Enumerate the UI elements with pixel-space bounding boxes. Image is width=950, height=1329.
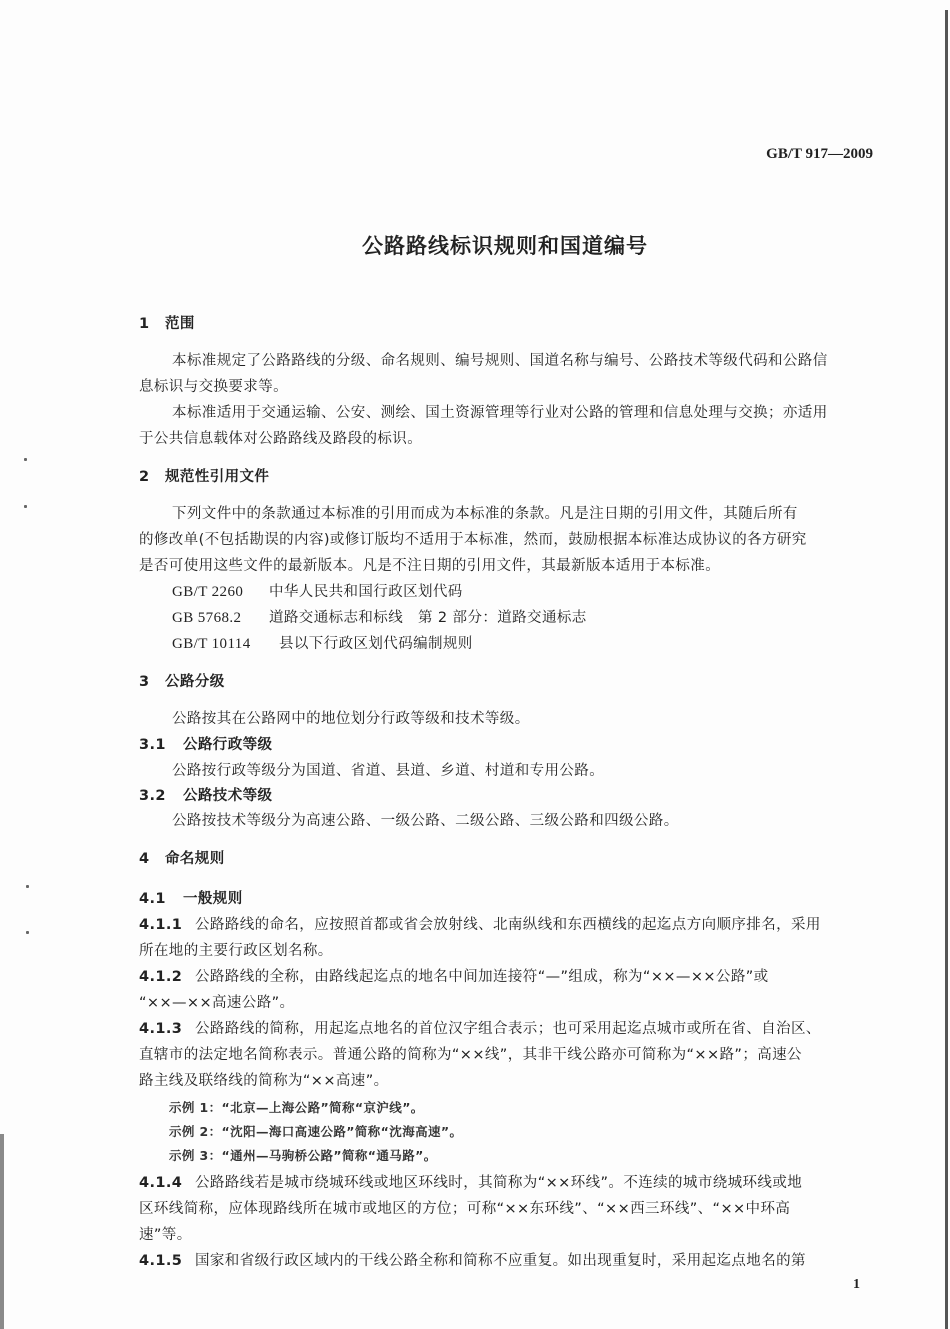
scan-artifact [24,505,27,508]
paragraph-line: 本标准规定了公路路线的分级、命名规则、编号规则、国道名称与编号、公路技术等级代码… [139,349,828,370]
example-2: 示例 2：“沈阳—海口高速公路”简称“沈海高速”。 [139,1122,462,1140]
paragraph-line: 公路按技术等级分为高速公路、一级公路、二级公路、三级公路和四级公路。 [139,809,679,830]
paragraph-line: 所在地的主要行政区划名称。 [139,939,333,960]
paragraph-line: “××—××高速公路”。 [139,991,294,1012]
reference-item: GB 5768.2道路交通标志和标线 第 2 部分：道路交通标志 [139,606,587,627]
paragraph-line: 路主线及联络线的简称为“××高速”。 [139,1069,389,1090]
subsection-3-1-heading: 3.1公路行政等级 [139,733,272,754]
paragraph-line: 区环线简称，应体现路线所在城市或地区的方位；可称“××东环线”、“××西三环线”… [139,1197,790,1218]
scan-artifact [26,885,29,888]
reference-item: GB/T 2260中华人民共和国行政区划代码 [139,580,463,601]
section-4-heading: 4命名规则 [139,847,225,868]
paragraph-line: 本标准适用于交通运输、公安、测绘、国土资源管理等行业对公路的管理和信息处理与交换… [139,401,828,422]
paragraph-line: 息标识与交换要求等。 [139,375,288,396]
section-2-heading: 2规范性引用文件 [139,465,269,486]
document-title: 公路路线标识规则和国道编号 [0,230,950,260]
page-number: 1 [853,1277,860,1293]
page-edge-line [945,10,948,1329]
scan-artifact [26,931,29,934]
clause-4-1-3: 4.1.3公路路线的简称，用起迄点地名的首位汉字组合表示；也可采用起迄点城市或所… [139,1017,821,1038]
example-1: 示例 1：“北京—上海公路”简称“京沪线”。 [139,1098,424,1116]
clause-4-1-5: 4.1.5国家和省级行政区域内的干线公路全称和简称不应重复。如出现重复时，采用起… [139,1249,806,1270]
subsection-3-2-heading: 3.2公路技术等级 [139,784,272,805]
paragraph-line: 速”等。 [139,1223,192,1244]
paragraph-line: 公路按其在公路网中的地位划分行政等级和技术等级。 [139,707,530,728]
subsection-4-1-heading: 4.1一般规则 [139,887,243,908]
clause-4-1-1: 4.1.1公路路线的命名，应按照首都或省会放射线、北南纵线和东西横线的起迄点方向… [139,913,821,934]
clause-4-1-2: 4.1.2公路路线的全称，由路线起迄点的地名中间加连接符“—”组成，称为“××—… [139,965,769,986]
scan-artifact [24,458,27,461]
example-3: 示例 3：“通州—马驹桥公路”简称“通马路”。 [139,1146,437,1164]
paragraph-line: 于公共信息载体对公路路线及路段的标识。 [139,427,422,448]
clause-4-1-4: 4.1.4公路路线若是城市绕城环线或地区环线时，其简称为“××环线”。不连续的城… [139,1171,802,1192]
paragraph-line: 的修改单(不包括勘误的内容)或修订版均不适用于本标准，然而，鼓励根据本标准达成协… [139,528,807,549]
paragraph-line: 公路按行政等级分为国道、省道、县道、乡道、村道和专用公路。 [139,759,604,780]
paragraph-line: 是否可使用这些文件的最新版本。凡是不注日期的引用文件，其最新版本适用于本标准。 [139,554,720,575]
section-1-heading: 1范围 [139,312,195,333]
section-3-heading: 3公路分级 [139,670,225,691]
paragraph-line: 直辖市的法定地名简称表示。普通公路的简称为“××线”，其非干线公路亦可简称为“×… [139,1043,802,1064]
reference-item: GB/T 10114县以下行政区划代码编制规则 [139,632,473,653]
standard-code: GB/T 917—2009 [766,146,873,163]
paragraph-line: 下列文件中的条款通过本标准的引用而成为本标准的条款。凡是注日期的引用文件，其随后… [139,502,798,523]
scroll-edge-bar [0,1134,4,1329]
